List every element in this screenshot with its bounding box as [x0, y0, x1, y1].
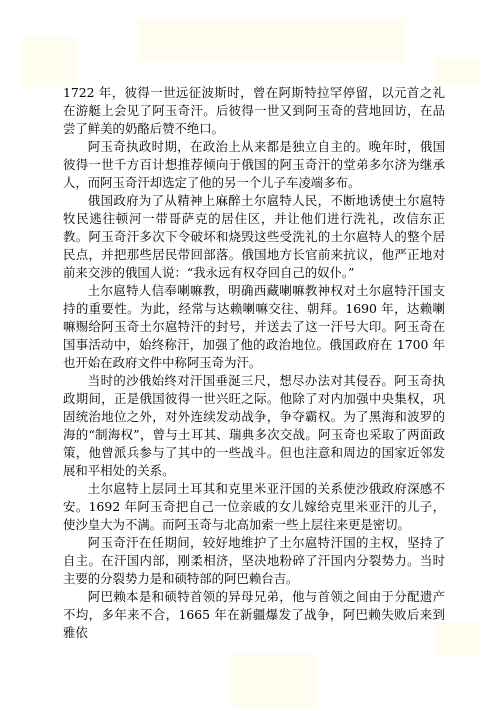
paragraph-continuation: 1722 年，彼得一世远征波斯时，曾在阿斯特拉罕停留，以元首之礼在游艇上会见了阿… [63, 84, 445, 138]
paragraph: 土尔扈特上层同土耳其和克里米亚汗国的关系使沙俄政府深感不安。1692 年阿玉奇把… [63, 480, 445, 534]
paragraph: 土尔扈特人信奉喇嘛教，明确西藏喇嘛教神权对土尔扈特汗国支持的重要性。为此，经常与… [63, 282, 445, 372]
scan-artifact [138, 20, 405, 62]
paragraph: 当时的沙俄始终对汗国垂涎三尺，想尽办法对其侵吞。阿玉奇执政期间，正是俄国彼得一世… [63, 372, 445, 480]
scan-artifact [435, 58, 481, 83]
paragraph: 阿巴赖本是和硕特首领的异母兄弟，他与首领之间由于分配遗产不均，多年来不合，166… [63, 588, 445, 642]
text-block: 1722 年，彼得一世远征波斯时，曾在阿斯特拉罕停留，以元首之礼在游艇上会见了阿… [63, 84, 445, 642]
document-page: 1722 年，彼得一世远征波斯时，曾在阿斯特拉罕停留，以元首之礼在游艇上会见了阿… [0, 0, 501, 711]
paragraph: 阿玉奇汗在任期间，较好地维护了土尔扈特汗国的主权，坚持了自主。在汗国内部，刚柔相… [63, 534, 445, 588]
scan-artifact [22, 37, 78, 88]
paragraph: 俄国政府为了从精神上麻醉土尔扈特人民，不断地诱使土尔扈特牧民逃往顿河一带哥萨克的… [63, 192, 445, 282]
paragraph: 阿玉奇执政时期，在政治上从来都是独立自主的。晚年时，俄国彼得一世千方百计想推荐倾… [63, 138, 445, 192]
scanned-document-screenshot: { "page": { "background_color": "#ffffff… [0, 0, 501, 711]
scan-artifact [230, 653, 317, 707]
